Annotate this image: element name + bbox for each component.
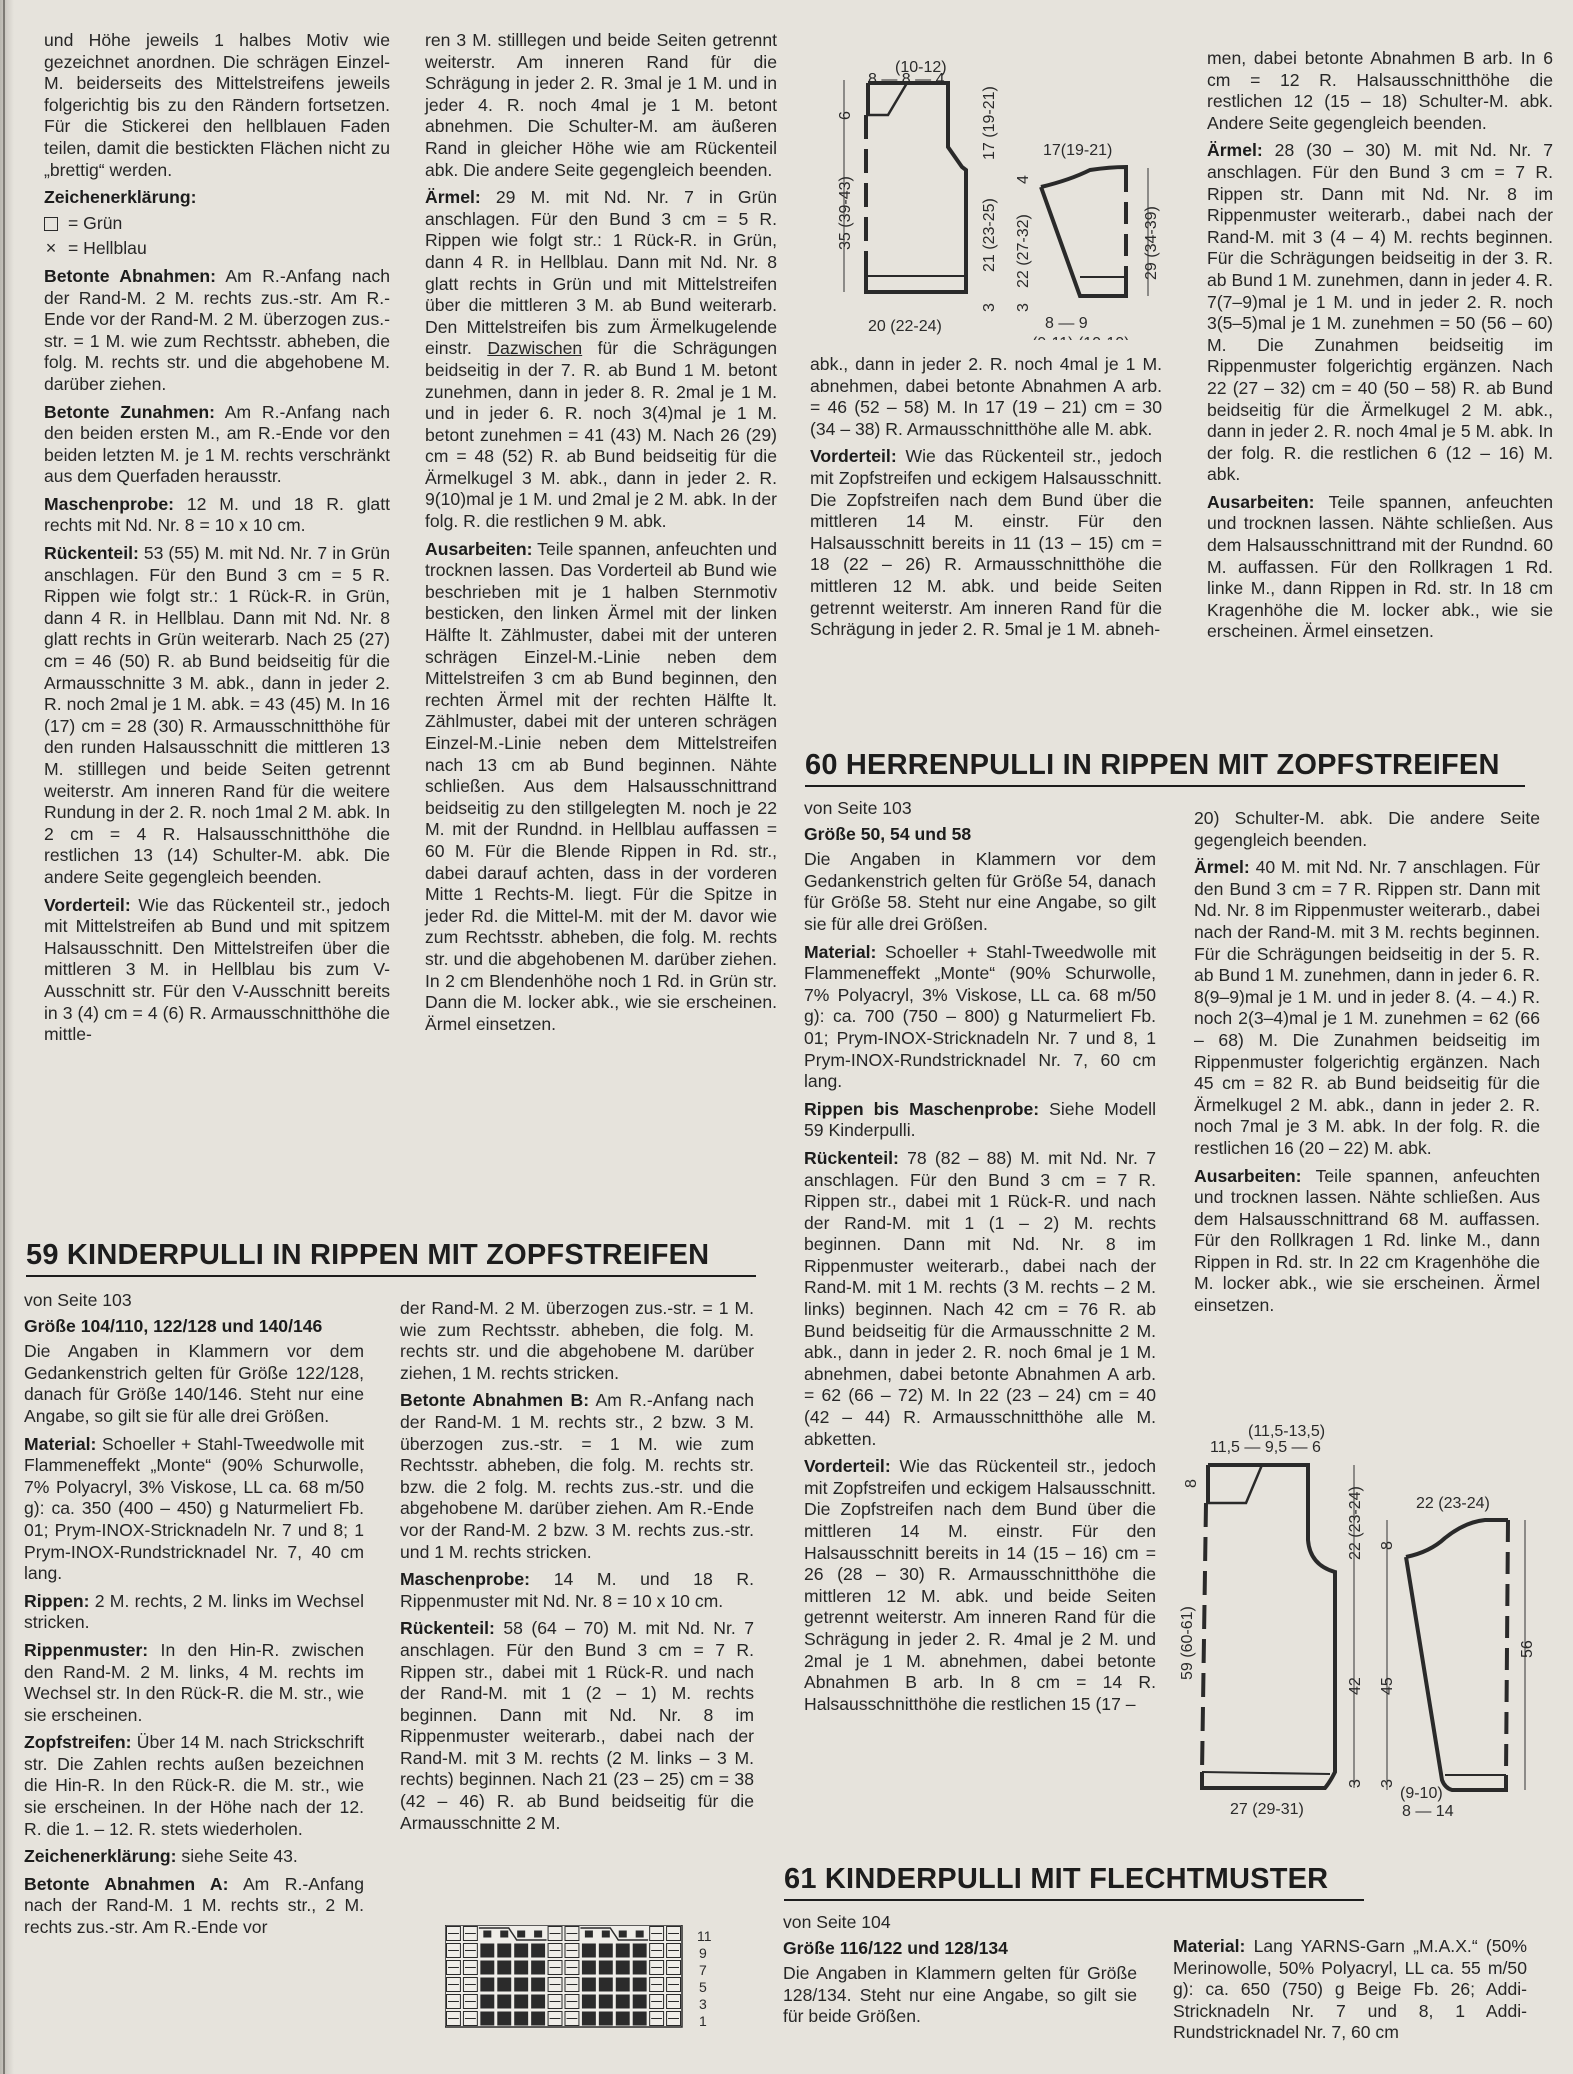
- paragraph: der Rand-M. 2 M. überzogen zus.-str. = 1…: [400, 1298, 754, 1384]
- legend-label: = Hellblau: [68, 238, 147, 260]
- dim-label: 3: [1015, 303, 1032, 312]
- paragraph-text: 29 M. mit Nd. Nr. 7 in Grün anschlagen. …: [425, 187, 777, 358]
- column-2-top: ren 3 M. stilllegen und beide Seiten get…: [425, 30, 777, 1041]
- paragraph-text: 28 (30 – 30) M. mit Nd. Nr. 7 anschlagen…: [1207, 140, 1553, 484]
- schematic-herrenpulli: (11,5-13,5) 11,5 — 9,5 — 6 8 59 (60-61) …: [1180, 1420, 1573, 1840]
- body-piece-outline: [866, 83, 966, 292]
- subheading: Zeichenerklärung:: [44, 187, 197, 207]
- sleeve-piece-outline: [1406, 1520, 1508, 1790]
- subheading: Vorderteil:: [810, 446, 897, 466]
- dim-label: 22 (23-24): [1416, 1495, 1490, 1512]
- subheading: Betonte Abnahmen:: [44, 266, 216, 286]
- paragraph: Die Angaben in Klammern vor dem Gedanken…: [804, 849, 1156, 935]
- dim-label: 21 (23-25): [981, 198, 998, 272]
- subheading: Material:: [24, 1434, 96, 1454]
- from-page-ref: von Seite 103: [804, 798, 1156, 820]
- from-page-ref: von Seite 103: [24, 1290, 364, 1312]
- paragraph-text: Schoeller + Stahl-Tweedwolle mit Flammen…: [24, 1434, 364, 1584]
- paragraph-text: siehe Seite 43.: [177, 1846, 298, 1866]
- dim-label: 3: [1347, 1779, 1364, 1788]
- dim-label: 42: [1347, 1677, 1364, 1695]
- paragraph-text: Wie das Rückenteil str., jedoch mit Mitt…: [44, 895, 390, 1045]
- dim-label: 45: [1379, 1677, 1396, 1695]
- from-page-ref: von Seite 104: [783, 1912, 1137, 1934]
- sizes-heading: Größe 50, 54 und 58: [804, 824, 971, 844]
- column-3-top: abk., dann in jeder 2. R. noch 4mal je 1…: [810, 354, 1162, 647]
- dim-label: 6: [837, 111, 854, 120]
- paragraph-text: 58 (64 – 70) M. mit Nd. Nr. 7 anschlagen…: [400, 1618, 754, 1832]
- dim-label: 29 (34-39): [1143, 206, 1160, 280]
- subheading: Material:: [1173, 1936, 1245, 1956]
- sizes-heading: Größe 104/110, 122/128 und 140/146: [24, 1316, 322, 1336]
- paragraph-text: 53 (55) M. mit Nd. Nr. 7 in Grün anschla…: [44, 543, 390, 887]
- row-label: 5: [699, 1979, 707, 1995]
- dim-label: 56: [1519, 1640, 1536, 1658]
- subheading: Betonte Abnahmen B:: [400, 1390, 589, 1410]
- subheading: Zopfstreifen:: [24, 1732, 132, 1752]
- subheading: Ausarbeiten:: [1207, 492, 1315, 512]
- subheading: Rückenteil:: [400, 1618, 495, 1638]
- subheading: Rippen bis Maschenprobe:: [804, 1099, 1039, 1119]
- subheading: Zeichenerklärung:: [24, 1846, 177, 1866]
- chart-row-labels: 11 9 7 5 3 1: [697, 1928, 712, 2029]
- paragraph: Die Angaben in Klammern vor dem Gedanken…: [24, 1341, 364, 1427]
- section-60-column-a: von Seite 103 Größe 50, 54 und 58 Die An…: [804, 798, 1156, 1721]
- dim-label: 59 (60-61): [1180, 1606, 1196, 1680]
- dim-label: (9-11) (10-10): [1032, 335, 1130, 340]
- paragraph: ren 3 M. stilllegen und beide Seiten get…: [425, 30, 777, 181]
- dim-label: 8 — 9: [1045, 315, 1088, 332]
- paragraph: men, dabei betonte Abnahmen B arb. In 6 …: [1207, 48, 1553, 134]
- section-61-column-a: von Seite 104 Größe 116/122 und 128/134 …: [783, 1912, 1137, 2034]
- section-heading-59: 59 KINDERPULLI IN RIPPEN MIT ZOPFSTREIFE…: [26, 1238, 756, 1277]
- subheading: Ausarbeiten:: [425, 539, 533, 559]
- dim-label: (11,5-13,5): [1248, 1423, 1325, 1440]
- paragraph-text: Teile spannen, anfeuchten und trocknen l…: [425, 539, 777, 1034]
- dim-label: 3: [1379, 1779, 1396, 1788]
- paragraph-text: für die Schrägungen beidseitig in der 7.…: [425, 338, 777, 531]
- row-label: 7: [699, 1962, 707, 1978]
- legend-item-hellblau: × = Hellblau: [44, 238, 390, 260]
- subheading: Ärmel:: [1207, 140, 1263, 160]
- subheading: Rippenmuster:: [24, 1640, 148, 1660]
- subheading: Vorderteil:: [44, 895, 131, 915]
- column-4-top: men, dabei betonte Abnahmen B arb. In 6 …: [1207, 48, 1553, 649]
- legend-label: = Grün: [68, 213, 122, 235]
- underlined-text: Dazwischen: [487, 338, 582, 358]
- subheading: Betonte Zunahmen:: [44, 402, 215, 422]
- section-heading-61: 61 KINDERPULLI MIT FLECHTMUSTER: [784, 1862, 1364, 1901]
- row-label: 11: [697, 1928, 712, 1944]
- sizes-heading: Größe 116/122 und 128/134: [783, 1938, 1008, 1958]
- dim-label: 8 — 14: [1402, 1803, 1454, 1820]
- x-icon: ×: [44, 238, 58, 260]
- dim-label: 8 — 8 — 4: [868, 71, 945, 88]
- schematic-kinderpulli: (10-12) 8 — 8 — 4 35 (39-43) 6 3 21 (23-…: [800, 20, 1200, 340]
- subheading: Ärmel:: [1194, 857, 1250, 877]
- paragraph: Die Angaben in Klammern gelten für Größe…: [783, 1963, 1137, 2028]
- dim-label: 4: [1015, 175, 1032, 184]
- subheading: Rückenteil:: [44, 543, 139, 563]
- paragraph-text: 40 M. mit Nd. Nr. 7 anschlagen. Für den …: [1194, 857, 1540, 1158]
- paragraph: abk., dann in jeder 2. R. noch 4mal je 1…: [810, 354, 1162, 440]
- dim-label: 27 (29-31): [1230, 1801, 1304, 1818]
- section-60-column-b: 20) Schulter-M. abk. Die andere Seite ge…: [1194, 808, 1540, 1323]
- subheading: Maschenprobe:: [44, 494, 174, 514]
- row-label: 1: [699, 2013, 707, 2029]
- paragraph-text: 78 (82 – 88) M. mit Nd. Nr. 7 anschlagen…: [804, 1148, 1156, 1449]
- page-spine-shadow: [0, 0, 14, 2074]
- dim-label: 8: [1183, 1479, 1200, 1488]
- subheading: Maschenprobe:: [400, 1569, 530, 1589]
- subheading: Ärmel:: [425, 187, 481, 207]
- cable-knitting-chart: 11 9 7 5 3 1: [445, 1925, 745, 2035]
- dim-label: 11,5 — 9,5 — 6: [1210, 1439, 1321, 1456]
- sleeve-piece-outline: [1041, 167, 1126, 296]
- dim-label: 22 (27-32): [1015, 214, 1032, 288]
- dim-label: 35 (39-43): [837, 176, 854, 250]
- row-label: 3: [699, 1996, 707, 2012]
- dim-label: (9-10): [1400, 1785, 1443, 1802]
- dim-label: 17 (19-21): [981, 86, 998, 160]
- section-59-column-b: der Rand-M. 2 M. überzogen zus.-str. = 1…: [400, 1298, 754, 1840]
- paragraph-text: Wie das Rückenteil str., jedoch mit Zopf…: [804, 1456, 1156, 1714]
- paragraph-text: Schoeller + Stahl-Tweedwolle mit Flammen…: [804, 942, 1156, 1092]
- row-label: 9: [699, 1945, 707, 1961]
- subheading: Betonte Abnahmen A:: [24, 1874, 229, 1894]
- legend-item-gruen: = Grün: [44, 213, 390, 235]
- dim-label: 20 (22-24): [868, 318, 942, 335]
- section-61-column-b: Material: Lang YARNS-Garn „M.A.X.“ (50% …: [1173, 1936, 1527, 2050]
- subheading: Material:: [804, 942, 876, 962]
- subheading: Rückenteil:: [804, 1148, 899, 1168]
- dim-label: 17(19-21): [1043, 142, 1112, 159]
- section-59-column-a: von Seite 103 Größe 104/110, 122/128 und…: [24, 1290, 364, 1945]
- paragraph-text: Teile spannen, anfeuchten und trocknen l…: [1194, 1166, 1540, 1316]
- paragraph-text: Teile spannen, anfeuchten und trocknen l…: [1207, 492, 1553, 642]
- section-heading-60: 60 HERRENPULLI IN RIPPEN MIT ZOPFSTREIFE…: [805, 748, 1525, 787]
- body-piece-outline: [1202, 1465, 1335, 1788]
- subheading: Rippen:: [24, 1591, 89, 1611]
- square-icon: [44, 217, 58, 231]
- paragraph-text: Am R.-Anfang nach der Rand-M. 1 M. recht…: [400, 1390, 754, 1561]
- subheading: Vorderteil:: [804, 1456, 891, 1476]
- dim-label: 3: [981, 303, 998, 312]
- paragraph: und Höhe jeweils 1 halbes Motiv wie geze…: [44, 30, 390, 181]
- dim-label: 22 (23-24): [1347, 1486, 1364, 1560]
- paragraph: 20) Schulter-M. abk. Die andere Seite ge…: [1194, 808, 1540, 851]
- subheading: Ausarbeiten:: [1194, 1166, 1302, 1186]
- paragraph-text: Wie das Rückenteil str., jedoch mit Zopf…: [810, 446, 1162, 639]
- column-1-top: und Höhe jeweils 1 halbes Motiv wie geze…: [44, 30, 390, 1052]
